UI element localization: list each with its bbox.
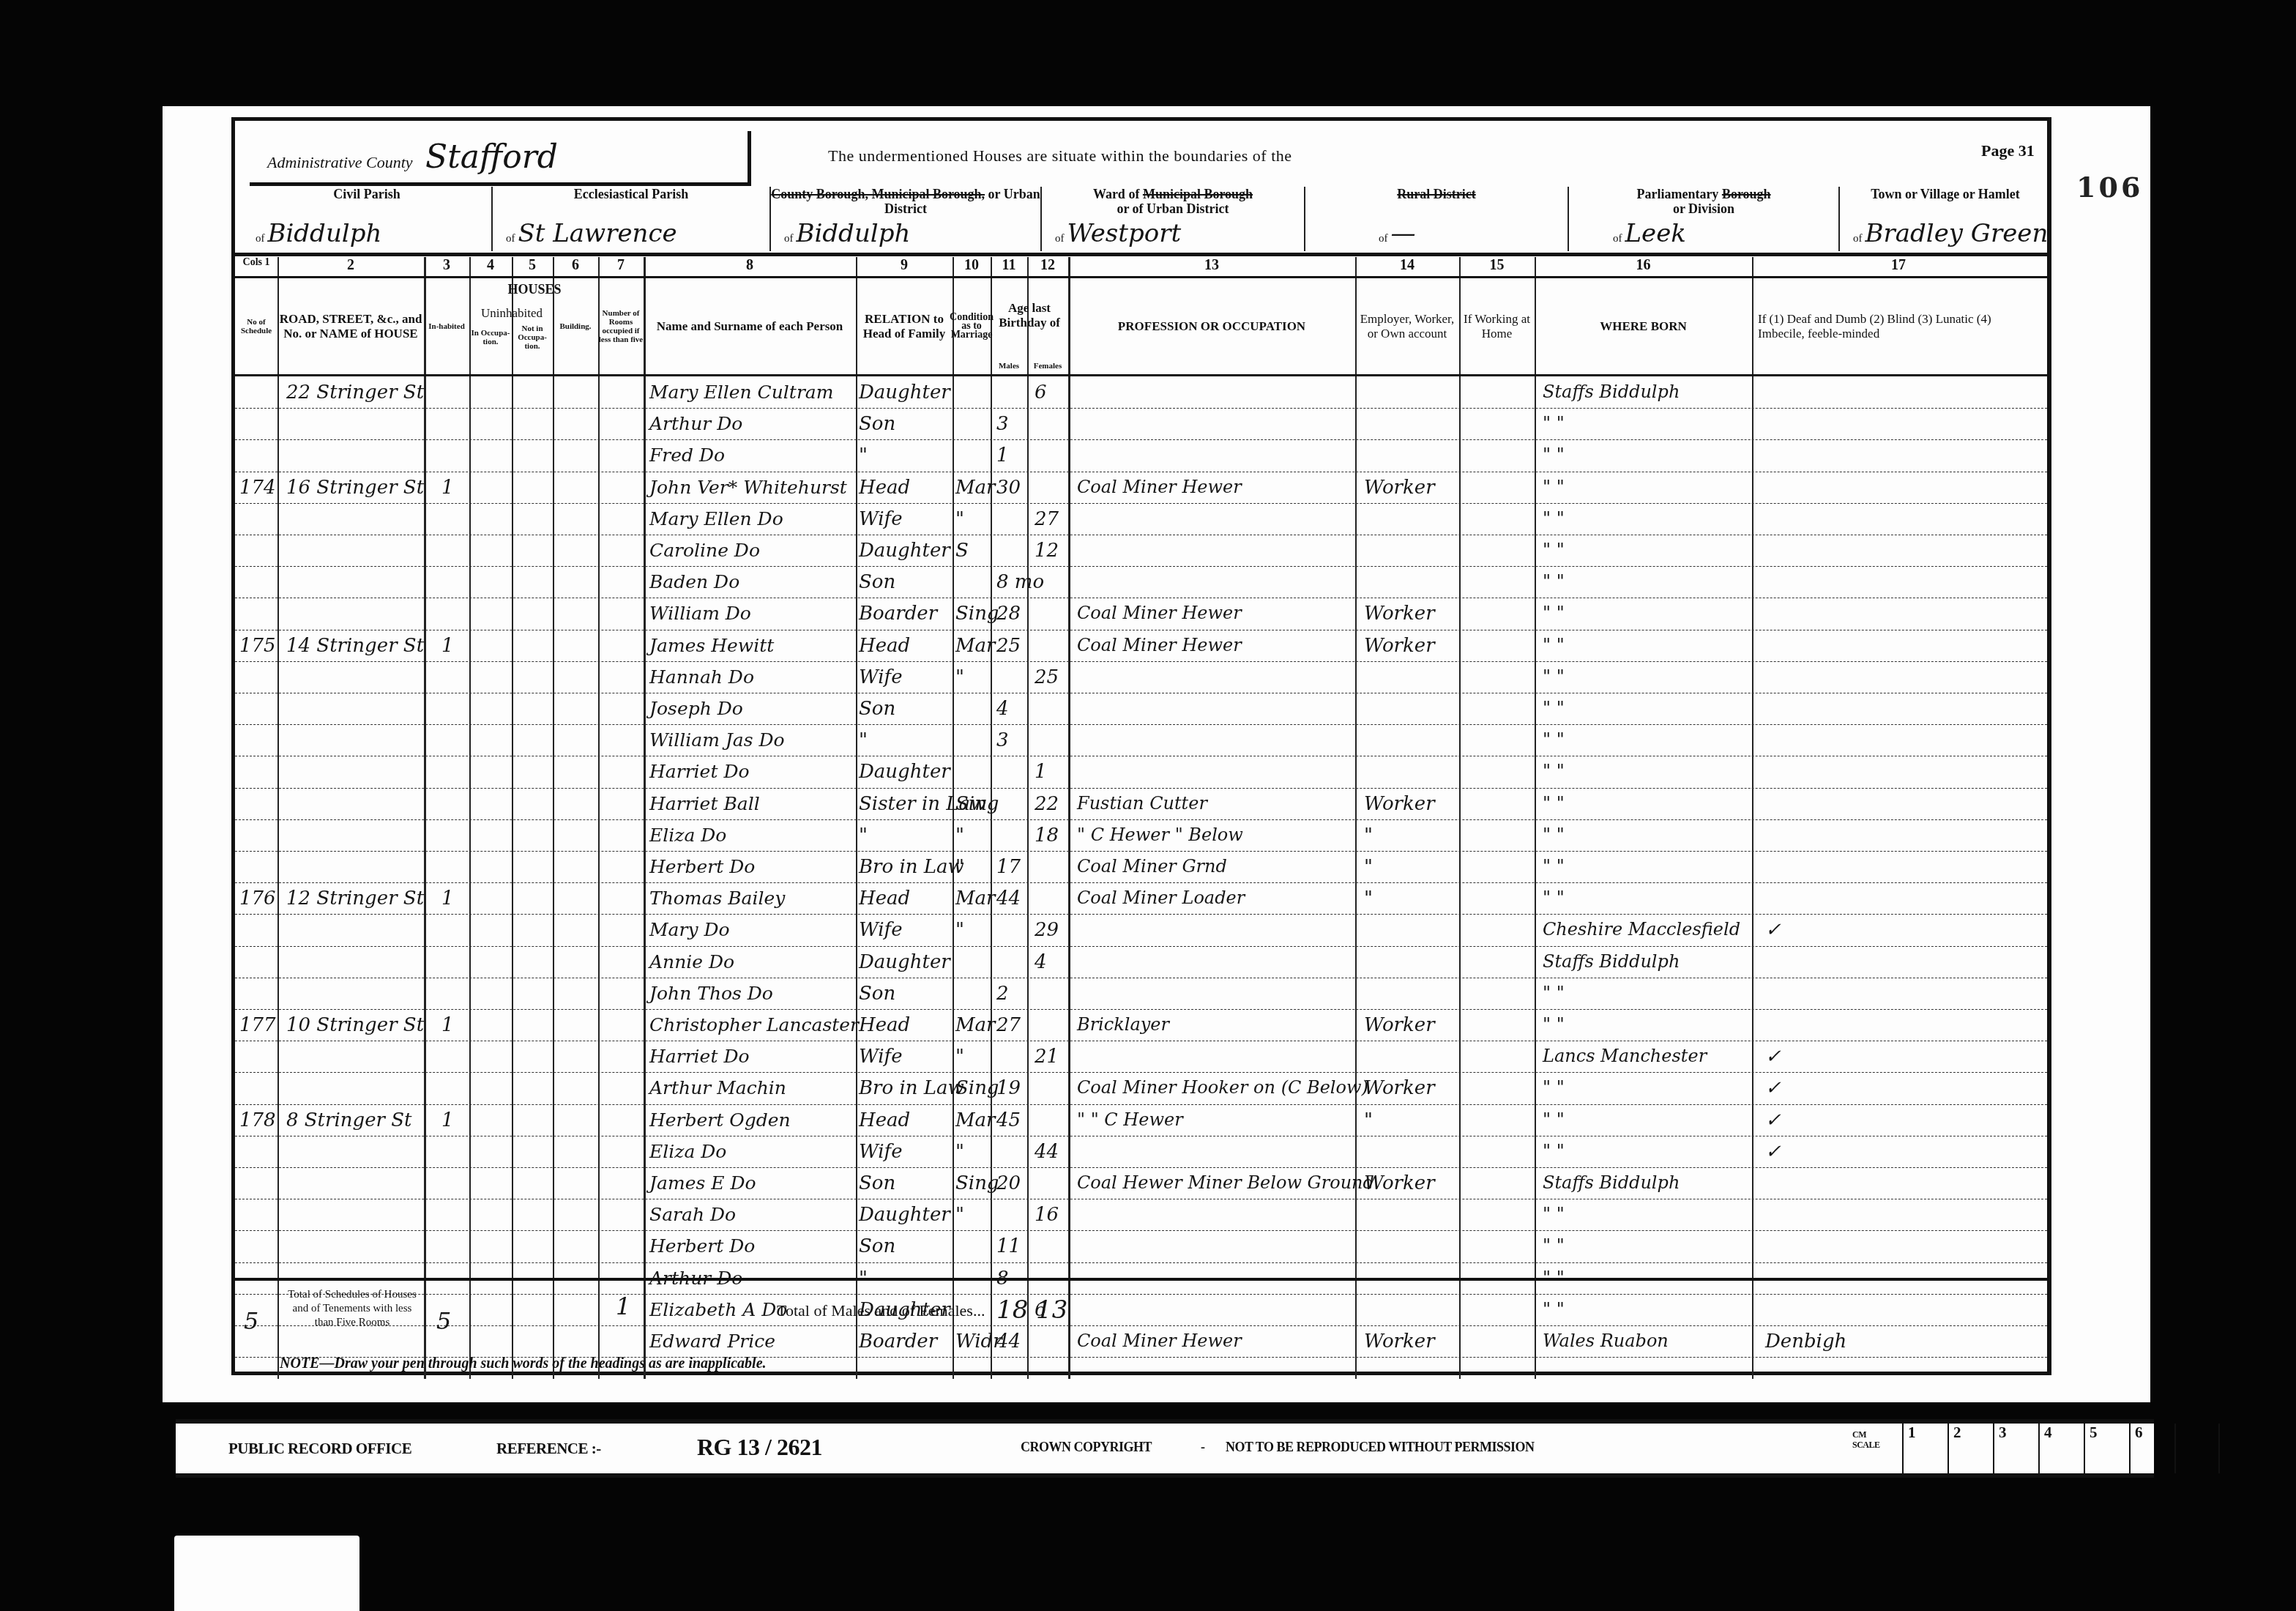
col-head-rooms: Number of Rooms occupied if less than fi… (598, 279, 644, 374)
table-row: Mary DoWife"29Cheshire Macclesfield✓ (235, 915, 2047, 946)
table-row: Mary Ellen DoWife"27" " (235, 504, 2047, 535)
occupation: Coal Miner Hewer (1077, 603, 1242, 623)
male-age: 28 (996, 603, 1021, 625)
employment-status: Worker (1364, 793, 1435, 815)
birthplace: " " (1543, 477, 1565, 497)
female-age: 29 (1035, 919, 1059, 941)
table-row: Harriet BallSister in LawSing22Fustian C… (235, 789, 2047, 820)
employment-status: " (1364, 888, 1373, 909)
col-head-in-occupation: In Occupa-tion. (469, 316, 512, 360)
relation: Boarder (859, 603, 937, 625)
table-row: Fred Do"1" " (235, 440, 2047, 472)
table-row: 17416 Stringer St1John Ver* WhitehurstHe… (235, 472, 2047, 504)
person-name: Joseph Do (649, 698, 743, 719)
person-name: John Ver* Whitehurst (649, 477, 847, 498)
birthplace: " " (1543, 413, 1565, 434)
marital-condition: " (955, 825, 964, 847)
address: 12 Stringer St (286, 888, 424, 909)
birthplace: " " (1543, 888, 1565, 908)
col-number: 2 (277, 257, 424, 273)
person-name: Harriet Do (649, 1046, 750, 1067)
occupation: " C Hewer " Below (1077, 825, 1243, 845)
address: 14 Stringer St (286, 635, 424, 657)
male-age: 8 mo (996, 571, 1044, 593)
male-age: 3 (996, 413, 1009, 435)
relation: Wife (859, 1046, 903, 1068)
person-name: Eliza Do (649, 1141, 726, 1162)
permission-label: NOT TO BE REPRODUCED WITHOUT PERMISSION (1226, 1440, 1534, 1455)
scale-mark (2174, 1424, 2220, 1473)
colnum-rule (235, 276, 2047, 278)
relation: Son (859, 413, 895, 435)
male-age: 1 (996, 444, 1009, 466)
marital-condition: S (955, 540, 969, 562)
table-row: 17612 Stringer St1Thomas BaileyHeadMar44… (235, 883, 2047, 915)
census-page: 106 Administrative County Stafford The u… (163, 106, 2150, 1402)
blank-label-card (174, 1536, 359, 1611)
male-age: 4 (996, 698, 1009, 720)
birthplace: " " (1543, 729, 1565, 750)
administrative-county-value: Stafford (425, 138, 558, 176)
col-head-males: Males (991, 360, 1027, 373)
col-number: 9 (856, 257, 953, 273)
relation: Son (859, 983, 895, 1005)
marital-condition: " (955, 1204, 964, 1226)
ecclesiastical-parish-value: St Lawrence (518, 219, 677, 248)
marital-condition: Sing (955, 793, 999, 815)
person-name: Caroline Do (649, 540, 760, 561)
schedule-number: 175 (239, 635, 276, 657)
col-number: 5 (512, 257, 553, 273)
person-name: James E Do (649, 1172, 756, 1194)
relation: " (859, 444, 868, 466)
address: 8 Stringer St (286, 1109, 412, 1131)
reference-strip: PUBLIC RECORD OFFICE REFERENCE :- RG 13 … (176, 1419, 2154, 1478)
of-label: of (1613, 233, 1622, 245)
birthplace: " " (1543, 761, 1565, 781)
col-number: 11 (991, 257, 1027, 273)
female-age: 4 (1035, 951, 1047, 973)
col-head-employer: Employer, Worker, or Own account (1355, 279, 1459, 374)
person-name: Thomas Bailey (649, 888, 785, 909)
birthplace: Staffs Biddulph (1543, 951, 1680, 972)
marital-condition: Sing (955, 603, 999, 625)
marital-condition: " (955, 1141, 964, 1163)
relation: Head (859, 635, 910, 657)
infirmity: ✓ (1765, 919, 1781, 941)
employment-status: Worker (1364, 477, 1435, 499)
total-females: 13 (1036, 1295, 1067, 1325)
person-name: Arthur Machin (649, 1077, 786, 1098)
col-number: 16 (1535, 257, 1752, 273)
table-row: 1788 Stringer St1Herbert OgdenHeadMar45"… (235, 1105, 2047, 1136)
person-name: Herbert Do (649, 856, 755, 877)
person-name: William Do (649, 603, 751, 624)
table-row: Caroline DoDaughterS12" " (235, 535, 2047, 567)
birthplace: " " (1543, 793, 1565, 814)
scale-mark: 6 (2129, 1424, 2174, 1473)
cm-scale-label: CM SCALE (1852, 1429, 1882, 1450)
birthplace: " " (1543, 635, 1565, 655)
birthplace: " " (1543, 1235, 1565, 1256)
col-head-inhabited: In-habited (424, 279, 469, 374)
relation: Daughter (859, 1204, 950, 1226)
table-row: James E DoSonSing20Coal Hewer Miner Belo… (235, 1168, 2047, 1199)
birthplace: " " (1543, 540, 1565, 560)
col-number: 15 (1459, 257, 1535, 273)
col-number: 8 (644, 257, 856, 273)
person-name: William Jas Do (649, 729, 785, 751)
employment-status: " (1364, 1109, 1373, 1131)
civil-parish-value: Biddulph (268, 219, 382, 248)
total-rooms: 1 (616, 1292, 630, 1320)
person-name: Mary Ellen Do (649, 508, 783, 529)
table-row: 17710 Stringer St1Christopher LancasterH… (235, 1010, 2047, 1041)
birthplace: Lancs Manchester (1543, 1046, 1707, 1066)
col-head-road: ROAD, STREET, &c., and No. or NAME of HO… (279, 279, 422, 374)
form-note: NOTE—Draw your pen through such words of… (280, 1355, 767, 1372)
infirmity: ✓ (1765, 1077, 1781, 1099)
col-head-age: Age last Birthday of (991, 279, 1068, 352)
relation: Daughter (859, 761, 950, 783)
marital-condition: Mar (955, 635, 996, 657)
town-value: Bradley Green (1865, 219, 2049, 248)
inhabited-count: 1 (441, 888, 454, 909)
birthplace: " " (1543, 666, 1565, 687)
relation: Wife (859, 1141, 903, 1163)
inhabited-count: 1 (441, 477, 454, 499)
female-age: 22 (1035, 793, 1059, 815)
page-number: Page 31 (1981, 141, 2035, 160)
birthplace: " " (1543, 444, 1565, 465)
birthplace: Staffs Biddulph (1543, 1172, 1680, 1193)
separator: - (1201, 1440, 1205, 1455)
rural-district-label: Rural District (1397, 187, 1475, 201)
marital-condition: Mar (955, 1014, 996, 1036)
female-age: 21 (1035, 1046, 1059, 1068)
ecclesiastical-parish-label: Ecclesiastical Parish (493, 187, 769, 201)
table-row: William Jas Do"3" " (235, 725, 2047, 756)
col-number: 10 (953, 257, 991, 273)
employment-status: Worker (1364, 1077, 1435, 1099)
reference-label: REFERENCE :- (496, 1440, 601, 1458)
marital-condition: " (955, 508, 964, 530)
table-row: 17514 Stringer St1James HewittHeadMar25C… (235, 630, 2047, 662)
col-head-not-in-occupation: Not in Occupa-tion. (512, 316, 553, 360)
person-name: Herbert Ogden (649, 1109, 791, 1131)
borough-cell: County Borough, Municipal Borough, or Ur… (769, 187, 1040, 251)
male-age: 25 (996, 635, 1021, 657)
of-label: of (1853, 233, 1863, 245)
of-label: of (506, 233, 515, 245)
occupation: Coal Miner Hooker on (C Below) (1077, 1077, 1368, 1098)
administrative-county-label: Administrative County (267, 153, 413, 172)
col-number: 3 (424, 257, 469, 273)
crown-copyright-label: CROWN COPYRIGHT (1021, 1440, 1152, 1455)
infirmity: ✓ (1765, 1109, 1781, 1131)
of-label: of (1379, 233, 1388, 245)
table-row: Annie DoDaughter4Staffs Biddulph (235, 947, 2047, 978)
col-number: 13 (1068, 257, 1355, 273)
birthplace: " " (1543, 1141, 1565, 1161)
marital-condition: " (955, 856, 964, 878)
female-age: 27 (1035, 508, 1059, 530)
relation: Head (859, 1014, 910, 1036)
ward-label-prefix: Ward of (1093, 187, 1140, 201)
relation: Daughter (859, 951, 950, 973)
male-age: 30 (996, 477, 1021, 499)
ward-value: Westport (1067, 219, 1182, 248)
occupation: Bricklayer (1077, 1014, 1169, 1035)
table-row: Harriet DoDaughter1" " (235, 756, 2047, 788)
col-head-relation: RELATION to Head of Family (856, 279, 953, 374)
table-row: Eliza DoWife"44" "✓ (235, 1136, 2047, 1168)
parliamentary-label-suffix: or Division (1673, 201, 1734, 216)
birthplace: Cheshire Macclesfield (1543, 919, 1740, 940)
col-number: 17 (1752, 257, 2045, 273)
person-name: Sarah Do (649, 1204, 736, 1225)
col-number: 7 (598, 257, 644, 273)
census-form: Administrative County Stafford The under… (231, 117, 2051, 1375)
female-age: 12 (1035, 540, 1059, 562)
colhead-rule (235, 374, 2047, 376)
parliamentary-value: Leek (1625, 219, 1686, 248)
header-rule (235, 253, 2047, 256)
infirmity: ✓ (1765, 1046, 1781, 1068)
parliamentary-label-struck: Borough (1722, 187, 1771, 201)
person-name: Arthur Do (649, 413, 742, 434)
birthplace: " " (1543, 508, 1565, 529)
total-schedules: 5 (244, 1307, 258, 1335)
cm-scale: 1 2 3 4 5 6 (1902, 1424, 2220, 1473)
ecclesiastical-parish-cell: Ecclesiastical Parish ofSt Lawrence (491, 187, 769, 251)
male-age: 3 (996, 729, 1009, 751)
inhabited-count: 1 (441, 1109, 454, 1131)
birthplace: Staffs Biddulph (1543, 382, 1680, 402)
civil-parish-label: Civil Parish (242, 187, 491, 201)
employment-status: " (1364, 825, 1373, 847)
total-schedules-label: Total of Schedules of Houses and of Tene… (286, 1288, 418, 1330)
col-head-condition: Condition as to Marriage (953, 279, 991, 374)
col-head-building: Building. (553, 279, 598, 374)
female-age: 44 (1035, 1141, 1059, 1163)
occupation: " " C Hewer (1077, 1109, 1183, 1130)
col-number: 14 (1355, 257, 1459, 273)
person-name: John Thos Do (649, 983, 773, 1004)
of-label: of (1055, 233, 1065, 245)
table-row: Hannah DoWife"25" " (235, 662, 2047, 693)
relation: Wife (859, 919, 903, 941)
col-head-schedule: No of Schedule (235, 279, 277, 374)
table-row: John Thos DoSon2" " (235, 978, 2047, 1010)
marital-condition: Mar (955, 477, 996, 499)
person-name: James Hewitt (649, 635, 774, 656)
occupation: Fustian Cutter (1077, 793, 1207, 814)
person-name: Christopher Lancaster (649, 1014, 859, 1035)
col-head-occupation: PROFESSION OR OCCUPATION (1068, 279, 1355, 374)
table-row: Arthur DoSon3" " (235, 409, 2047, 440)
person-name: Harriet Ball (649, 793, 760, 814)
person-name: Baden Do (649, 571, 739, 592)
table-row: Eliza Do""18" C Hewer " Below"" " (235, 820, 2047, 852)
female-age: 18 (1035, 825, 1059, 847)
relation: Son (859, 571, 895, 593)
col-head-name: Name and Surname of each Person (644, 279, 856, 374)
table-row: Herbert DoBro in Law"17Coal Miner Grnd""… (235, 852, 2047, 883)
birthplace: " " (1543, 571, 1565, 592)
town-cell: Town or Village or Hamlet ofBradley Gree… (1838, 187, 2051, 251)
of-label: of (256, 233, 265, 245)
total-males: 18 (996, 1295, 1028, 1325)
scale-mark: 1 (1902, 1424, 1947, 1473)
relation: Son (859, 1172, 895, 1194)
table-row: Sarah DoDaughter"16" " (235, 1199, 2047, 1231)
borough-value: Biddulph (797, 219, 911, 248)
administrative-county-box: Administrative County Stafford (250, 131, 751, 186)
col-number: Cols 1 (235, 257, 277, 273)
relation: Son (859, 1235, 895, 1257)
relation: Wife (859, 508, 903, 530)
col-number: 4 (469, 257, 512, 273)
male-age: 27 (996, 1014, 1021, 1036)
male-age: 44 (996, 888, 1021, 909)
address: 16 Stringer St (286, 477, 424, 499)
civil-parish-cell: Civil Parish ofBiddulph (242, 187, 491, 251)
male-age: 45 (996, 1109, 1021, 1131)
marital-condition: Sing (955, 1077, 999, 1099)
birthplace: " " (1543, 1077, 1565, 1098)
table-row: 22 Stringer StMary Ellen CultramDaughter… (235, 377, 2047, 409)
of-label: of (784, 233, 794, 245)
female-age: 1 (1035, 761, 1047, 783)
female-age: 6 (1035, 382, 1047, 403)
employment-status: Worker (1364, 603, 1435, 625)
col-number: 12 (1027, 257, 1068, 273)
relation: " (859, 825, 868, 847)
marital-condition: Sing (955, 1172, 999, 1194)
town-label: Town or Village or Hamlet (1840, 187, 2051, 201)
relation: Wife (859, 666, 903, 688)
scale-mark: 2 (1947, 1424, 1993, 1473)
scale-mark: 5 (2084, 1424, 2129, 1473)
col-head-infirmity: If (1) Deaf and Dumb (2) Blind (3) Lunat… (1758, 279, 2036, 374)
birthplace: " " (1543, 983, 1565, 1003)
birthplace: " " (1543, 698, 1565, 718)
relation: " (859, 729, 868, 751)
person-name: Mary Ellen Cultram (649, 382, 833, 403)
marital-condition: Mar (955, 1109, 996, 1131)
marital-condition: " (955, 1046, 964, 1068)
marital-condition: " (955, 919, 964, 941)
col-head-at-home: If Working at Home (1459, 279, 1535, 374)
relation: Son (859, 698, 895, 720)
rural-district-value: — (1391, 219, 1416, 248)
occupation: Coal Miner Hewer (1077, 477, 1242, 497)
schedule-number: 176 (239, 888, 276, 909)
occupation: Coal Miner Loader (1077, 888, 1245, 908)
male-age: 19 (996, 1077, 1021, 1099)
table-row: Herbert DoSon11" " (235, 1231, 2047, 1262)
rural-district-cell: Rural District of— (1304, 187, 1568, 251)
relation: Head (859, 1109, 910, 1131)
public-record-office-label: PUBLIC RECORD OFFICE (228, 1440, 411, 1458)
birthplace: " " (1543, 856, 1565, 877)
parliamentary-label: Parliamentary (1636, 187, 1718, 201)
col-head-females: Females (1027, 360, 1068, 373)
birthplace: " " (1543, 825, 1565, 845)
employment-status: Worker (1364, 1014, 1435, 1036)
male-age: 17 (996, 856, 1021, 878)
address: 22 Stringer St (286, 382, 424, 403)
census-table: Cols 1 2 3 4 5 6 7 8 9 10 11 12 13 14 15… (235, 257, 2047, 1224)
schedule-number: 177 (239, 1014, 276, 1036)
marital-condition: " (955, 666, 964, 688)
total-persons-label: Total of Males and of Females... (777, 1301, 985, 1320)
col-head-where-born: WHERE BORN (1535, 279, 1752, 374)
birthplace: " " (1543, 1014, 1565, 1035)
totals-rule (235, 1278, 2047, 1281)
relation: Head (859, 888, 910, 909)
borough-label-struck: County Borough, Municipal Borough, (771, 187, 985, 201)
occupation: Coal Miner Hewer (1077, 635, 1242, 655)
infirmity: ✓ (1765, 1141, 1781, 1163)
form-intro: The undermentioned Houses are situate wi… (828, 146, 1292, 165)
schedule-number: 174 (239, 477, 276, 499)
total-inhabited: 5 (436, 1307, 451, 1335)
person-name: Hannah Do (649, 666, 754, 688)
marital-condition: Mar (955, 888, 996, 909)
person-name: Annie Do (649, 951, 734, 972)
schedule-number: 178 (239, 1109, 276, 1131)
occupation: Coal Hewer Miner Below Ground (1077, 1172, 1374, 1193)
ward-cell: Ward of Municipal Boroughor of Urban Dis… (1040, 187, 1304, 251)
relation: Daughter (859, 382, 950, 403)
scale-mark: 3 (1993, 1424, 2038, 1473)
inhabited-count: 1 (441, 1014, 454, 1036)
birthplace: " " (1543, 1109, 1565, 1130)
table-row: Harriet DoWife"21Lancs Manchester✓ (235, 1041, 2047, 1073)
scale-mark: 4 (2038, 1424, 2084, 1473)
female-age: 25 (1035, 666, 1059, 688)
occupation: Coal Miner Grnd (1077, 856, 1227, 877)
reference-number: RG 13 / 2621 (697, 1434, 822, 1461)
table-row: Arthur MachinBro in LawSing19Coal Miner … (235, 1073, 2047, 1104)
person-name: Mary Do (649, 919, 730, 940)
relation: Bro in Law (859, 856, 964, 878)
birthplace: " " (1543, 1204, 1565, 1224)
person-name: Eliza Do (649, 825, 726, 846)
person-name: Fred Do (649, 444, 725, 466)
table-row: William DoBoarderSing28Coal Miner HewerW… (235, 598, 2047, 630)
male-age: 2 (996, 983, 1009, 1005)
address: 10 Stringer St (286, 1014, 424, 1036)
male-age: 20 (996, 1172, 1021, 1194)
relation: Head (859, 477, 910, 499)
employment-status: Worker (1364, 635, 1435, 657)
inhabited-count: 1 (441, 635, 454, 657)
employment-status: " (1364, 856, 1373, 878)
table-row: Joseph DoSon4" " (235, 693, 2047, 725)
relation: Bro in Law (859, 1077, 964, 1099)
col-number: 6 (553, 257, 598, 273)
male-age: 11 (996, 1235, 1021, 1257)
female-age: 16 (1035, 1204, 1059, 1226)
ward-label-struck: Municipal Borough (1143, 187, 1253, 201)
person-name: Herbert Do (649, 1235, 755, 1257)
person-name: Harriet Do (649, 761, 750, 782)
side-folio-number: 106 (2076, 171, 2143, 204)
ward-label: or of Urban District (1117, 201, 1229, 216)
